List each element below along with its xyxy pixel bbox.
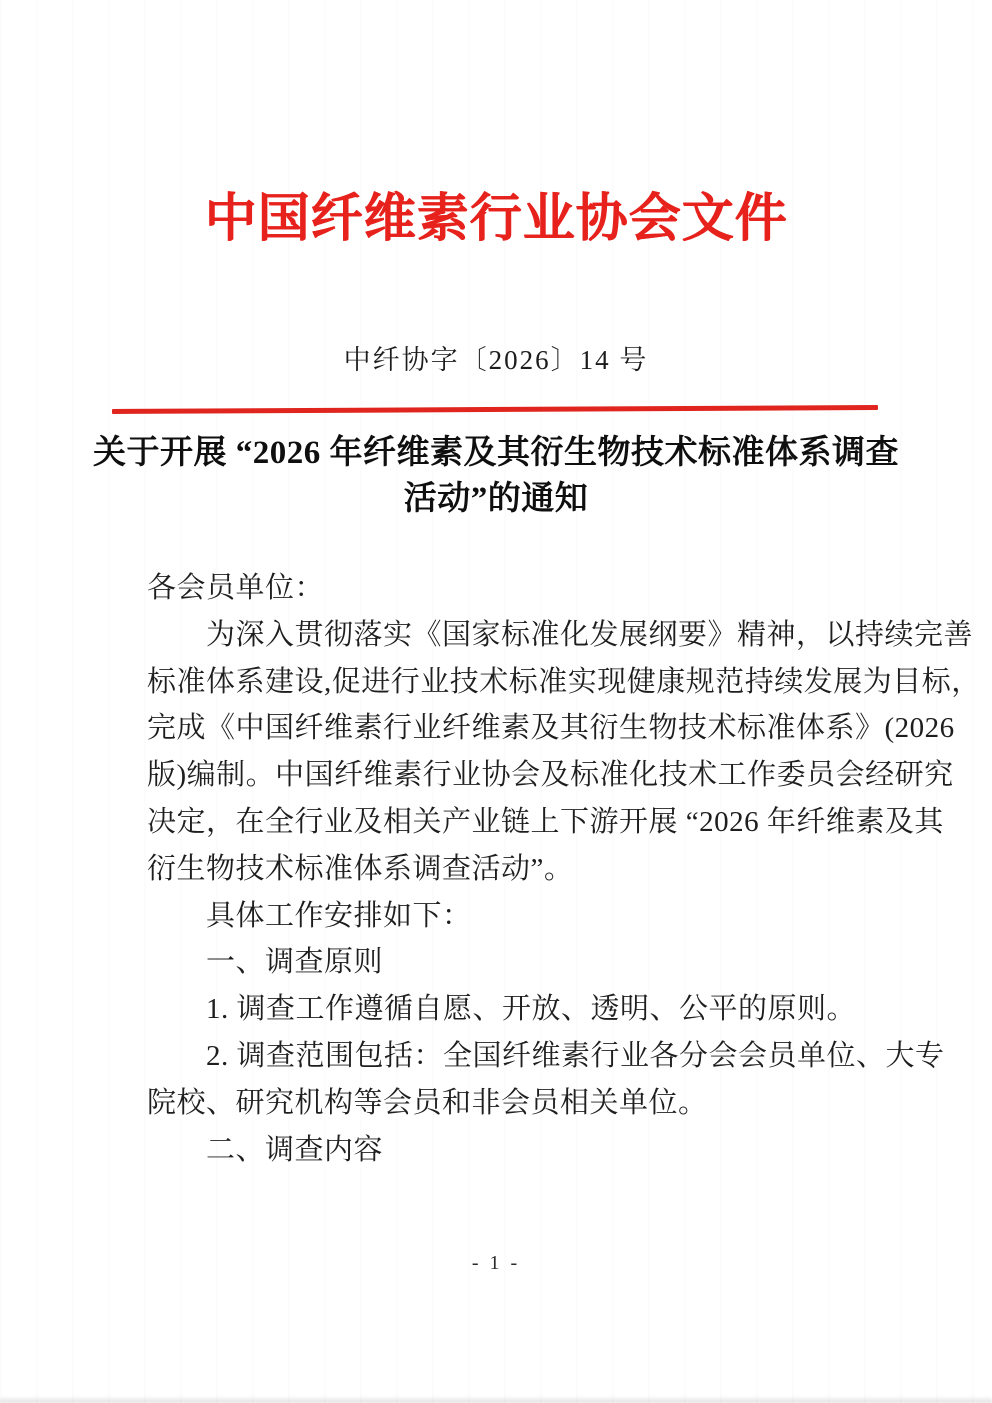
body-line: 标准体系建设,促进行业技术标准实现健康规范持续发展为目标， [147, 659, 879, 706]
body-line: 二、调查内容 [147, 1127, 879, 1174]
page-number: - 1 - [0, 1252, 992, 1275]
letterhead-org-title: 中国纤维素行业协会文件 [0, 176, 992, 251]
document-title-line2: 活动”的通知 [0, 476, 992, 522]
body-line: 衍生物技术标准体系调查活动”。 [147, 846, 879, 893]
body-line: 院校、研究机构等会员和非会员相关单位。 [147, 1080, 879, 1127]
document-body: 各会员单位：为深入贯彻落实《国家标准化发展纲要》精神，以持续完善标准体系建设,促… [147, 565, 879, 1173]
body-line: 具体工作安排如下： [147, 893, 879, 940]
next-page-edge-artifact [0, 1396, 992, 1403]
body-line: 版)编制。中国纤维素行业协会及标准化技术工作委员会经研究 [147, 752, 879, 799]
document-number: 中纤协字〔2026〕14 号 [0, 338, 992, 377]
red-divider-rule [112, 405, 878, 414]
document-title-line1: 关于开展 “2026 年纤维素及其衍生物技术标准体系调查 [0, 430, 992, 476]
document-page: 中国纤维素行业协会文件 中纤协字〔2026〕14 号 关于开展 “2026 年纤… [0, 0, 992, 1403]
body-line: 一、调查原则 [147, 939, 879, 986]
body-line: 各会员单位： [147, 565, 879, 612]
body-line: 决定，在全行业及相关产业链上下游开展 “2026 年纤维素及其 [147, 799, 879, 846]
body-line: 2. 调查范围包括：全国纤维素行业各分会会员单位、大专 [147, 1033, 879, 1080]
body-line: 为深入贯彻落实《国家标准化发展纲要》精神，以持续完善 [147, 612, 879, 659]
body-line: 1. 调查工作遵循自愿、开放、透明、公平的原则。 [147, 986, 879, 1033]
body-line: 完成《中国纤维素行业纤维素及其衍生物技术标准体系》(2026 [147, 705, 879, 752]
document-title: 关于开展 “2026 年纤维素及其衍生物技术标准体系调查 活动”的通知 [0, 430, 992, 522]
